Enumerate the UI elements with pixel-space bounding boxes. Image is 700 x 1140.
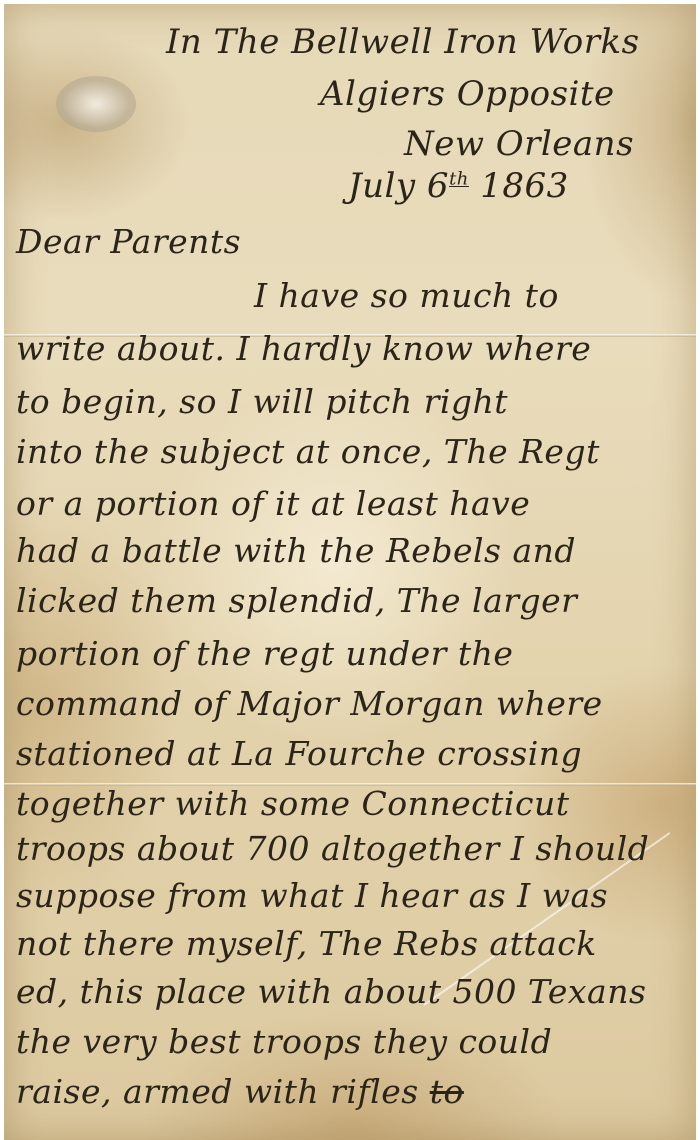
body-line: portion of the regt under the	[16, 634, 513, 673]
heading-place: Algiers Opposite	[320, 74, 615, 114]
body-line: into the subject at once, The Regt	[16, 432, 600, 471]
body-line-last: raise, armed with rifles to	[16, 1072, 464, 1111]
date-suffix: th	[449, 169, 469, 190]
body-line: the very best troops they could	[16, 1022, 552, 1061]
body-line: ed, this place with about 500 Texans	[16, 972, 646, 1011]
body-line: to begin, so I will pitch right	[16, 382, 508, 421]
body-line: troops about 700 altogether I should	[16, 829, 649, 868]
body-line: licked them splendid, The larger	[16, 581, 577, 620]
struck-word: to	[430, 1072, 464, 1111]
body-line-text: raise, armed with rifles	[16, 1072, 419, 1111]
heading-city: New Orleans	[404, 124, 634, 164]
body-line: write about. I hardly know where	[16, 329, 591, 368]
date-year: 1863	[480, 166, 569, 206]
date-month-day: July 6	[348, 166, 449, 206]
body-line: command of Major Morgan where	[16, 684, 603, 723]
body-line: not there myself, The Rebs attack	[16, 924, 597, 963]
body-line: together with some Connecticut	[16, 784, 569, 823]
letter-page: In The Bellwell Iron Works Algiers Oppos…	[4, 4, 696, 1140]
body-line: or a portion of it at least have	[16, 484, 530, 523]
heading-location: In The Bellwell Iron Works	[166, 22, 640, 62]
paper-stain	[56, 76, 136, 132]
salutation: Dear Parents	[16, 222, 241, 261]
body-line: I have so much to	[254, 276, 559, 315]
body-line: suppose from what I hear as I was	[16, 876, 608, 915]
body-line: stationed at La Fourche crossing	[16, 734, 582, 773]
heading-date: July 6th 1863	[348, 166, 569, 206]
body-line: had a battle with the Rebels and	[16, 531, 576, 570]
